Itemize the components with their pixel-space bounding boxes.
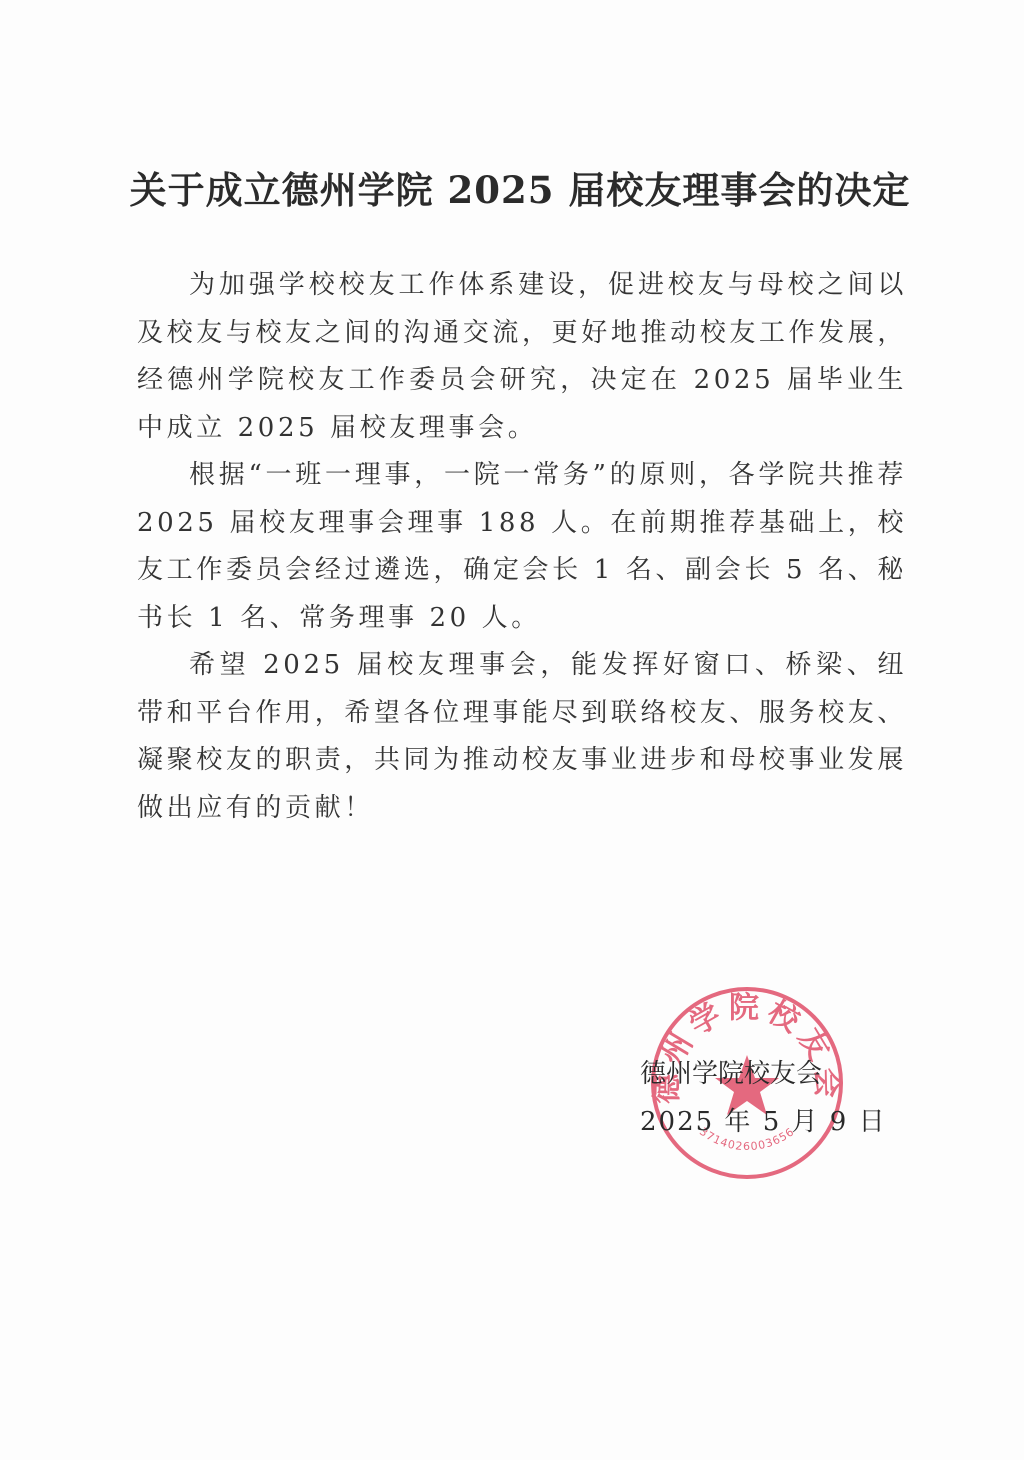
paragraph-composition: 根据“一班一理事，一院一常务”的原则，各学院共推荐 2025 届校友理事会理事 …: [137, 452, 907, 642]
paragraph-expectation: 希望 2025 届校友理事会，能发挥好窗口、桥梁、纽带和平台作用，希望各位理事能…: [137, 642, 907, 832]
signature-organization: 德州学院校友会: [640, 1050, 860, 1098]
signature-block: 德州学院校友会 2025 年 5 月 9 日: [640, 1050, 860, 1146]
document-body: 为加强学校校友工作体系建设，促进校友与母校之间以及校友与校友之间的沟通交流，更好…: [137, 262, 907, 832]
document-title: 关于成立德州学院 2025 届校友理事会的决定: [0, 160, 1024, 214]
paragraph-purpose: 为加强学校校友工作体系建设，促进校友与母校之间以及校友与校友之间的沟通交流，更好…: [137, 262, 907, 452]
signature-date: 2025 年 5 月 9 日: [640, 1098, 860, 1146]
document-page: 关于成立德州学院 2025 届校友理事会的决定 为加强学校校友工作体系建设，促进…: [0, 0, 1024, 1460]
